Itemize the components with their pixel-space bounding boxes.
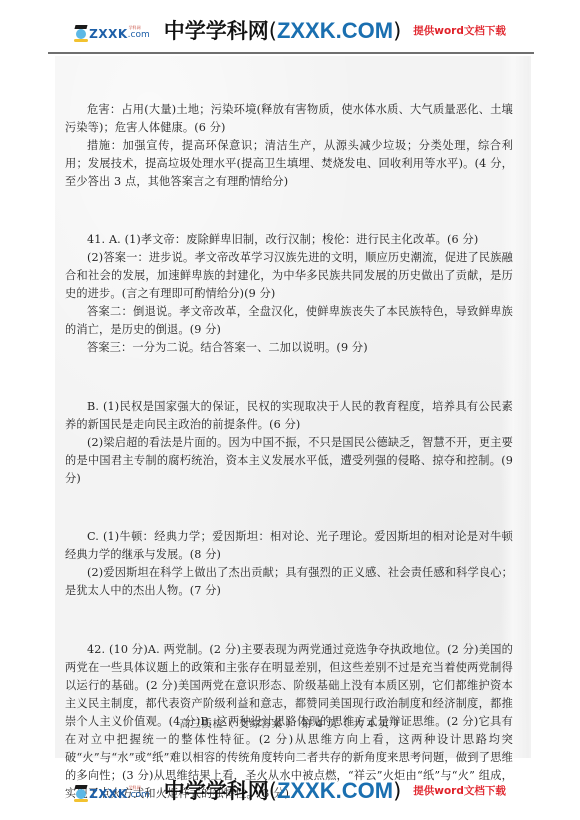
site-logo[interactable]: ZXXK 学科网.com bbox=[74, 19, 150, 41]
mascot-graduation-cap-icon bbox=[74, 25, 88, 41]
domain-close-paren: ) bbox=[393, 779, 401, 803]
scanned-page: 危害：占用(大量)土地；污染环境(释放有害物质，使水体水质、大气质量恶化、土壤污… bbox=[55, 56, 529, 758]
domain-open-paren: ( bbox=[269, 19, 277, 43]
logo-tiny-label: 学科网 bbox=[129, 22, 141, 34]
answer-paragraph: 措施：加强宣传，提高环保意识；清洁生产，从源头减少垃圾；分类处理，综合利用；发展… bbox=[65, 137, 513, 191]
site-name: 中学学科网(ZXXK.COM) bbox=[164, 775, 402, 805]
site-logo[interactable]: ZXXK 学科网.com bbox=[74, 779, 150, 801]
section-gap bbox=[65, 611, 513, 629]
header-divider bbox=[48, 52, 534, 54]
site-domain: ZXXK.COM bbox=[277, 778, 393, 803]
top-margin bbox=[65, 56, 513, 101]
logo-tiny-label: 学科网 bbox=[129, 782, 141, 794]
site-header: ZXXK 学科网.com 中学学科网(ZXXK.COM) 提供word文档下载 bbox=[0, 12, 580, 48]
answer-paragraph: (2)爱因斯坦在科学上做出了杰出贡献；具有强烈的正义感、社会责任感和科学良心；是… bbox=[65, 564, 513, 600]
logo-suffix: 学科网.com bbox=[128, 29, 150, 41]
answer-paragraph: 答案三：一分为二说。结合答案一、二加以说明。(9 分) bbox=[65, 339, 513, 357]
logo-text: ZXXK bbox=[89, 787, 128, 801]
download-tagline[interactable]: 提供word文档下载 bbox=[413, 783, 506, 798]
answer-paragraph: B. (1)民权是国家强大的保证，民权的实现取决于人民的教育程度，培养具有公民素… bbox=[65, 398, 513, 434]
logo-text: ZXXK bbox=[89, 27, 128, 41]
section-gap bbox=[65, 499, 513, 517]
site-name-cn: 中学学科网 bbox=[164, 779, 269, 803]
section-gap bbox=[65, 202, 513, 220]
domain-open-paren: ( bbox=[269, 779, 277, 803]
site-footer: ZXXK 学科网.com 中学学科网(ZXXK.COM) 提供word文档下载 bbox=[0, 772, 580, 808]
section-gap bbox=[65, 369, 513, 387]
answer-paragraph: 41. A. (1)孝文帝：废除鲜卑旧制，改行汉制；梭伦：进行民主化改革。(6 … bbox=[65, 231, 513, 249]
answer-key-content: 危害：占用(大量)土地；污染环境(释放有害物质，使水体水质、大气质量恶化、土壤污… bbox=[65, 56, 513, 803]
answer-paragraph: C. (1)牛顿：经典力学；爱因斯坦：相对论、光子理论。爱因斯坦的相对论是对牛顿… bbox=[65, 528, 513, 564]
answer-paragraph: (2)答案一：进步说。孝文帝改革学习汉族先进的文明，顺应历史潮流，促进了民族融合… bbox=[65, 249, 513, 303]
logo-suffix: 学科网.com bbox=[128, 789, 150, 801]
download-tagline[interactable]: 提供word文档下载 bbox=[413, 23, 506, 38]
site-domain: ZXXK.COM bbox=[277, 18, 393, 43]
mascot-graduation-cap-icon bbox=[74, 785, 88, 801]
domain-close-paren: ) bbox=[393, 19, 401, 43]
answer-paragraph: 答案二：倒退说。孝文帝改革，全盘汉化，使鲜卑族丧失了本民族特色，导致鲜卑族的消亡… bbox=[65, 303, 513, 339]
answer-paragraph: (2)梁启超的看法是片面的。因为中国不振，不只是国民公德缺乏，智慧不开，更主要的… bbox=[65, 434, 513, 488]
site-name: 中学学科网(ZXXK.COM) bbox=[164, 15, 402, 45]
site-name-cn: 中学学科网 bbox=[164, 19, 269, 43]
answer-paragraph: 危害：占用(大量)土地；污染环境(释放有害物质，使水体水质、大气质量恶化、土壤污… bbox=[65, 101, 513, 137]
page-number-footer: 高三质检（ 文综答案 ） 第 4 页（ 共 4 页 ） bbox=[55, 716, 529, 731]
